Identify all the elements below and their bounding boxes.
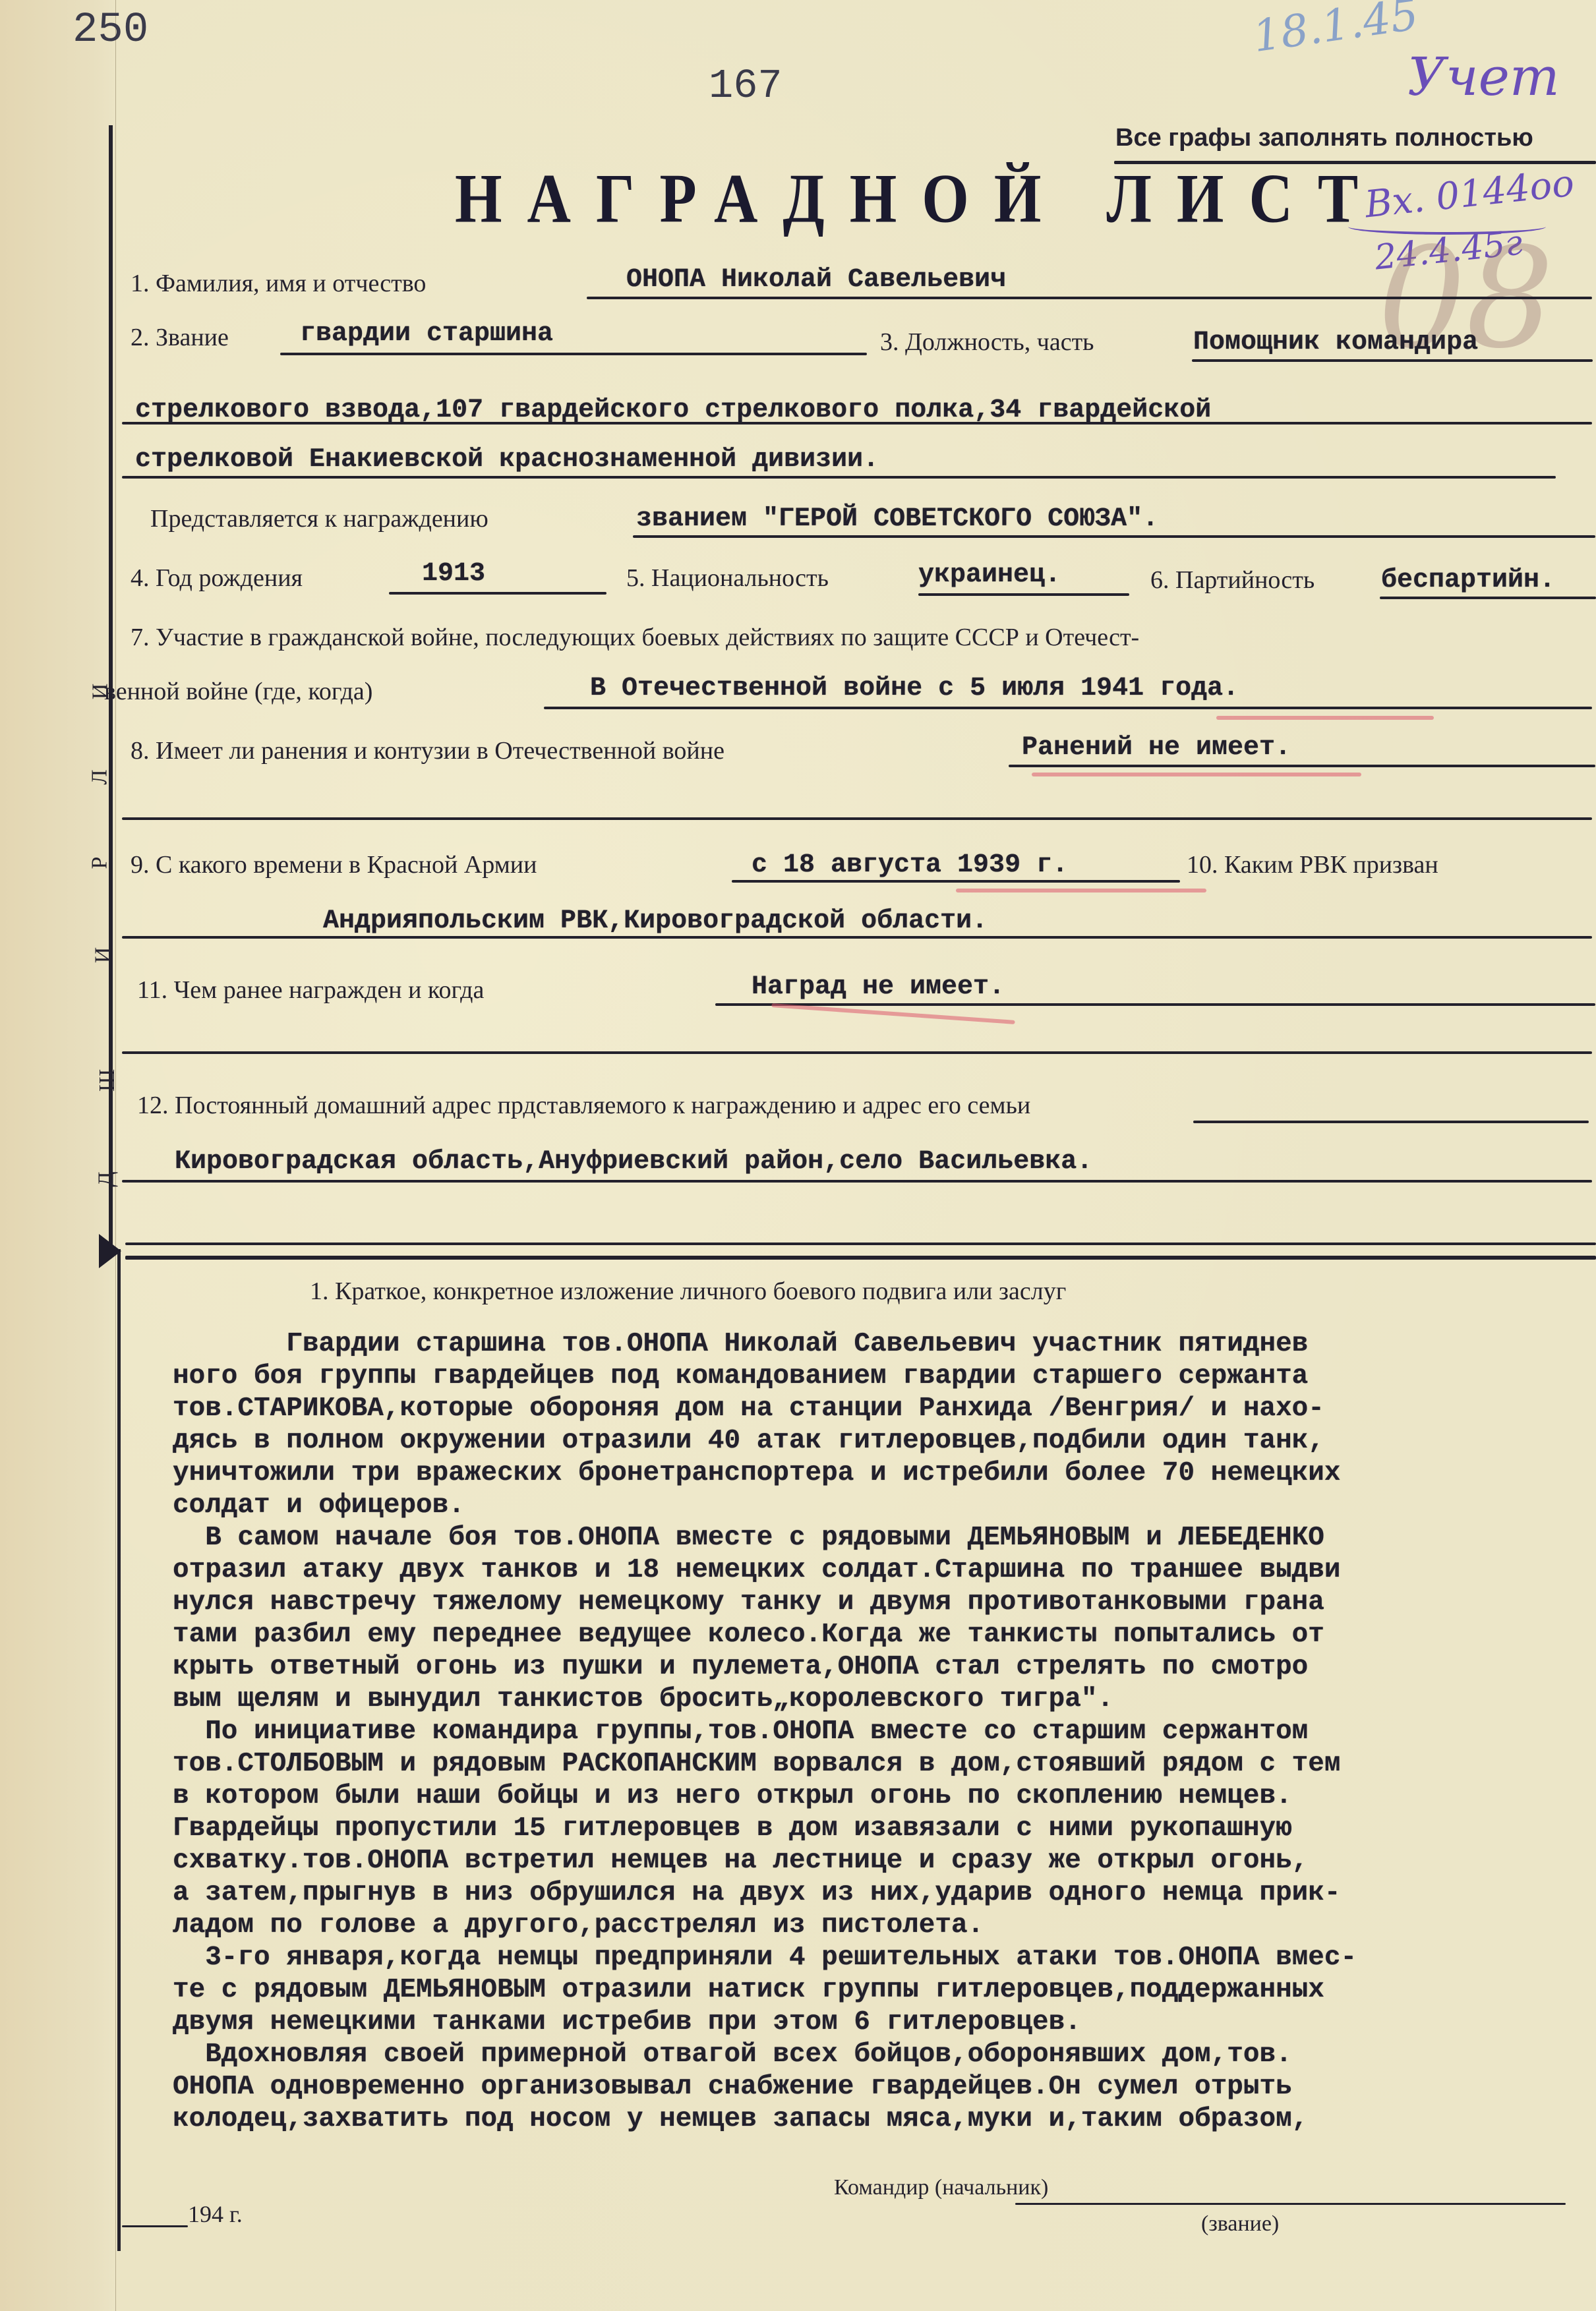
margin-letter: И [90,947,115,964]
narrative-line: отразил атаку двух танков и 18 немецких … [173,1554,1590,1587]
field-8-line-2 [122,817,1592,820]
field-10-value: Андрияпольским РВК,Кировоградской област… [323,906,988,936]
margin-letter: Ш [95,1069,120,1092]
narrative-line: крыть ответный огонь из пушки и пулемета… [173,1651,1590,1683]
field-9-line [732,880,1180,883]
field-3-value-line3: стрелковой Енакиевской краснознаменной д… [135,445,879,475]
nomination-line [633,535,1595,538]
margin-letter: Р [87,857,112,869]
field-8-label: 8. Имеет ли ранения и контузии в Отечест… [131,736,724,765]
field-3-line-2 [122,422,1592,424]
narrative-line: в котором были наши бойцы и из него откр… [173,1780,1590,1813]
narrative-line: нулся навстречу тяжелому немецкому танку… [173,1587,1590,1619]
field-3-line-3 [122,476,1556,479]
rank-label: (звание) [1201,2211,1279,2237]
narrative-line: ного боя группы гвардейцев под командова… [173,1360,1590,1393]
field-3-value-line1: Помощник командира [1193,328,1478,357]
field-11-line-2 [122,1051,1592,1054]
nomination-value: званием "ГЕРОЙ СОВЕТСКОГО СОЮЗА". [636,504,1158,534]
narrative-line: схватку.тов.ОНОПА встретил немцев на лес… [173,1845,1590,1877]
field-1-label: 1. Фамилия, имя и отчество [131,269,426,298]
field-9-label: 9. С какого времени в Красной Армии [131,850,537,879]
commander-signature-line [1015,2203,1566,2205]
narrative-body: Гвардии старшина тов.ОНОПА Николай Савел… [173,1328,1590,2136]
narrative-line: колодец,захватить под носом у немцев зап… [173,2103,1590,2136]
field-3-value-line2: стрелкового взвода,107 гвардейского стре… [135,395,1211,425]
commander-label: Командир (начальник) [834,2175,1048,2200]
narrative-line: В самом начале боя тов.ОНОПА вместе с ря… [173,1522,1590,1554]
document-title: НАГРАДНОЙ ЛИСТ [455,158,1383,239]
field-3-label: 3. Должность, часть [880,328,1094,357]
field-6-label: 6. Партийность [1150,566,1315,595]
field-7-line [544,707,1592,709]
field-1-line [587,297,1592,299]
sheet-number: 167 [709,63,783,109]
field-5-line [918,593,1129,596]
field-12-label: 12. Постоянный домашний адрес прдставляе… [137,1091,1030,1120]
field-11-value: Наград не имеет. [752,972,1005,1002]
narrative-line: уничтожили три вражеских бронетранспорте… [173,1457,1590,1490]
narrative-line: тов.СТАРИКОВА,которые обороняя дом на ст… [173,1393,1590,1425]
nomination-label: Представляется к награждению [150,504,488,533]
narrative-line: Гвардии старшина тов.ОНОПА Николай Савел… [173,1328,1590,1360]
field-8-value: Ранений не имеет. [1022,733,1291,763]
field-2-value: гвардии старшина [300,319,553,349]
field-5-value: украинец. [918,560,1061,590]
field-11-label: 11. Чем ранее награжден и когда [137,976,484,1005]
narrative-line: тов.СТОЛБОВЫМ и рядовым РАСКОПАНСКИМ вор… [173,1748,1590,1780]
margin-letter: Д [94,1171,119,1186]
field-12-value: Кировоградская область,Ануфриевский райо… [175,1147,1092,1177]
field-5-label: 5. Национальность [626,564,829,593]
instruction-text: Все графы заполнять полностью [1115,124,1533,152]
field-4-label: 4. Год рождения [131,564,303,593]
section-divider-2 [125,1256,1596,1260]
field-3-line-1 [1192,359,1593,362]
binding-edge [0,0,116,2311]
field-7-value: В Отечественной войне с 5 июля 1941 года… [590,674,1239,703]
field-10-label: 10. Каким РВК призван [1187,850,1438,879]
narrative-line: Вдохновляя своей примерной отвагой всех … [173,2039,1590,2071]
field-1-value: ОНОПА Николай Савельевич [626,265,1006,295]
field-9-value: с 18 августа 1939 г. [752,850,1068,880]
field-6-value: беспартийн. [1381,566,1555,595]
red-underline-mark [1032,773,1361,776]
field-2-label: 2. Звание [131,323,229,352]
divider-arrow-marker [99,1234,121,1268]
field-10-line [122,936,1592,939]
red-underline-mark [1216,716,1434,720]
narrative-line: вым щелям и вынудил танкистов бросить„ко… [173,1683,1590,1716]
date-line [122,2225,188,2227]
narrative-line: двумя немецкими танками истребив при это… [173,2006,1590,2039]
field-4-value: 1913 [422,559,485,589]
field-4-line [389,592,606,595]
narrative-line: а затем,прыгнув в низ обрушился на двух … [173,1877,1590,1910]
field-6-line [1380,597,1596,599]
field-12-line-1 [1193,1121,1589,1123]
narrative-line: те с рядовым ДЕМЬЯНОВЫМ отразили натиск … [173,1974,1590,2006]
field-2-line [280,353,867,355]
form-left-border-lower [117,1249,121,2251]
section-divider-1 [125,1243,1596,1245]
narrative-line: солдат и офицеров. [173,1490,1590,1522]
field-11-line [715,1003,1595,1006]
field-12-line-2 [122,1180,1592,1183]
narrative-line: 3-го января,когда немцы предприняли 4 ре… [173,1942,1590,1974]
field-7-label-line1: 7. Участие в гражданской войне, последую… [131,623,1139,652]
narrative-heading: 1. Краткое, конкретное изложение личного… [310,1277,1066,1306]
archive-number: 250 [73,7,148,54]
margin-letter: Л [88,769,113,784]
signature-note: Учет [1407,46,1560,107]
narrative-line: Гвардейцы пропустили 15 гитлеровцев в до… [173,1813,1590,1845]
year-label: 194 г. [188,2200,243,2228]
narrative-line: тами разбил ему переднее ведущее колесо.… [173,1619,1590,1651]
narrative-line: По инициативе командира группы,тов.ОНОПА… [173,1716,1590,1748]
red-underline-mark [956,889,1206,892]
field-8-line [1009,765,1595,767]
field-7-label-line2: венной войне (где, когда) [104,677,372,706]
narrative-line: дясь в полном окружении отразили 40 атак… [173,1425,1590,1457]
narrative-line: ОНОПА одновременно организовывал снабжен… [173,2071,1590,2103]
narrative-line: ладом по голове а другого,расстрелял из … [173,1910,1590,1942]
